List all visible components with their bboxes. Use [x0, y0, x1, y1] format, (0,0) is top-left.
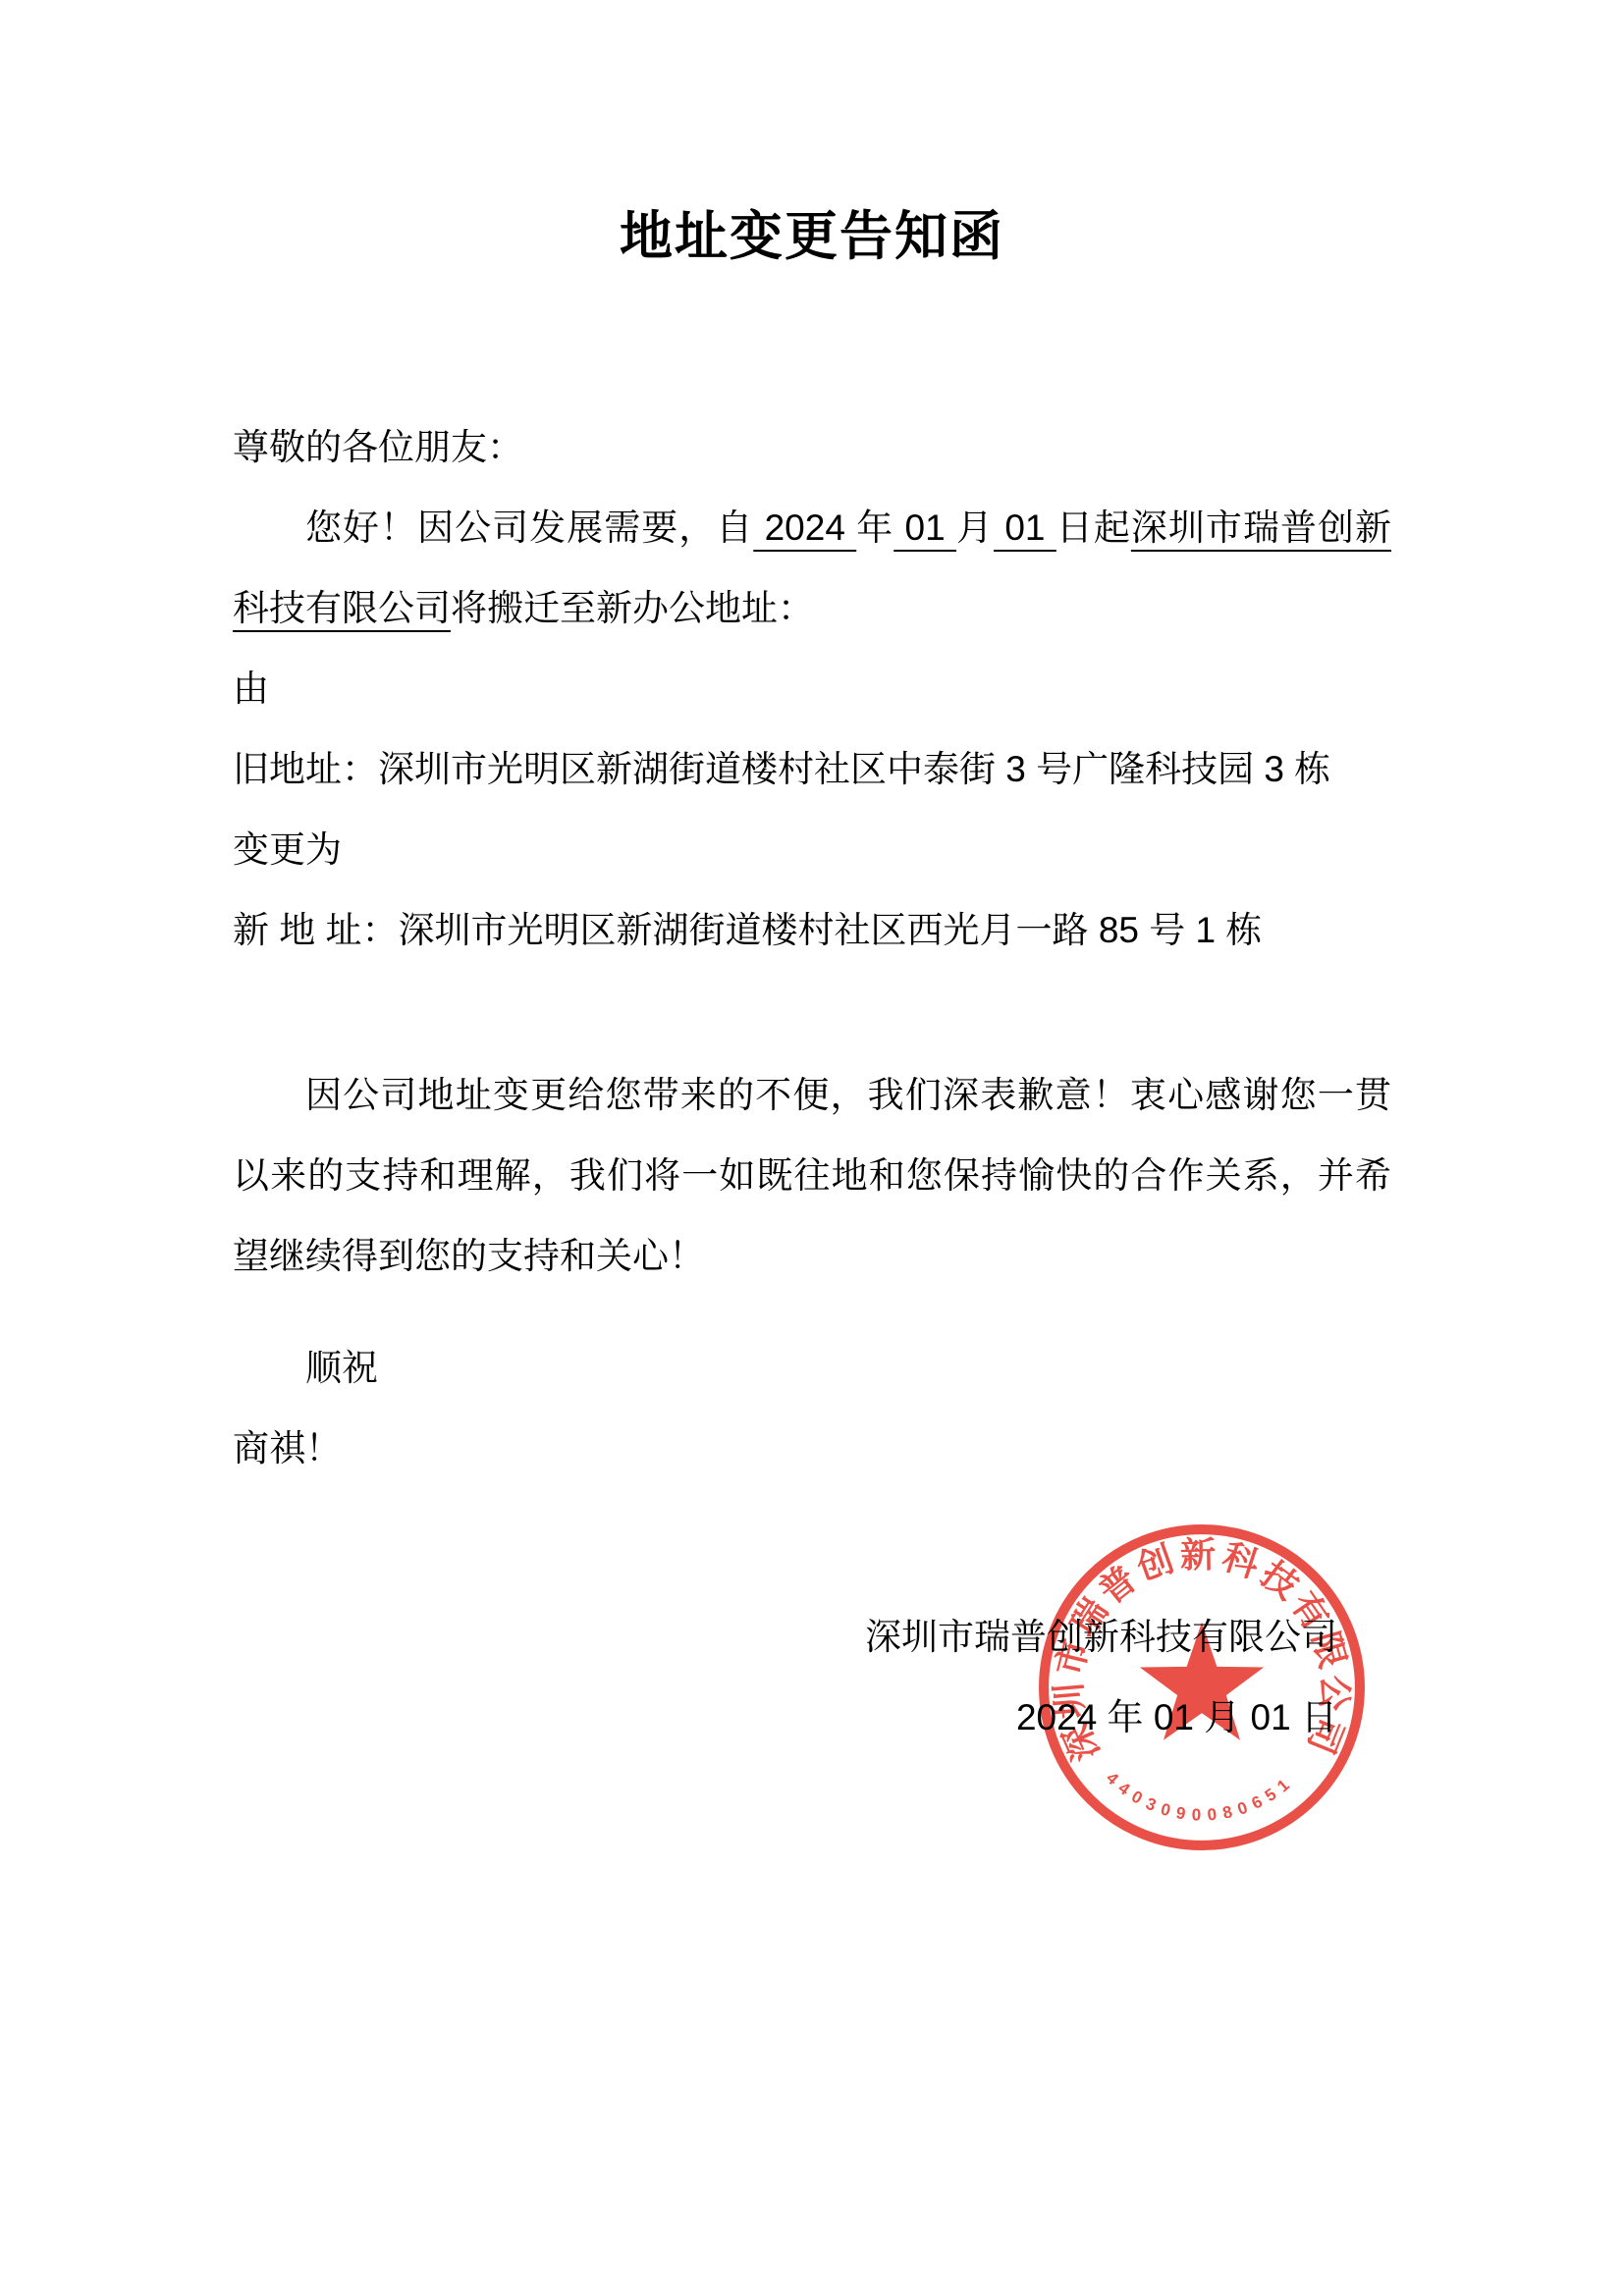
text-run: 您好！因公司发展需要，自 — [305, 507, 753, 548]
signature-company: 深圳市瑞普创新科技有限公司 — [233, 1597, 1337, 1678]
old-address-line: 旧地址：深圳市光明区新湖街道楼村社区中泰街 3 号广隆科技园 3 栋 — [233, 729, 1391, 810]
signature-block: 深圳市瑞普创新科技有限公司 2024 年 01 月 01 日 — [233, 1597, 1391, 1758]
new-address-line: 新 地 址：深圳市光明区新湖街道楼村社区西光月一路 85 号 1 栋 — [233, 890, 1391, 971]
signature-date: 2024 年 01 月 01 日 — [233, 1678, 1337, 1758]
blank-line — [233, 971, 1391, 1055]
document-title: 地址变更告知函 — [0, 0, 1624, 270]
text-run: 年 — [856, 507, 893, 548]
seal-serial-number: 4403090080651 — [1103, 1769, 1298, 1825]
text-run: 将搬迁至新办公地址： — [451, 588, 814, 628]
text-run: 月 — [956, 507, 994, 548]
paragraph-opening: 您好！因公司发展需要，自 2024 年 01 月 01 日起深圳市瑞普创新科技有… — [233, 488, 1391, 649]
from-label: 由 — [233, 649, 1391, 729]
paragraph-apology: 因公司地址变更给您带来的不便，我们深表歉意！衷心感谢您一贯以来的支持和理解，我们… — [233, 1055, 1391, 1297]
wish-prefix: 顺祝 — [233, 1328, 1391, 1409]
salutation: 尊敬的各位朋友： — [233, 407, 1391, 488]
wish-word: 商祺！ — [233, 1409, 1391, 1489]
letter-body: 尊敬的各位朋友： 您好！因公司发展需要，自 2024 年 01 月 01 日起深… — [233, 407, 1391, 1758]
text-run: 01 — [893, 507, 956, 548]
text-run: 日起 — [1056, 507, 1131, 548]
letter-page: 地址变更告知函 尊敬的各位朋友： 您好！因公司发展需要，自 2024 年 01 … — [0, 0, 1624, 2296]
text-run: 01 — [994, 507, 1056, 548]
seal-serial-holder: 4403090080651 — [1103, 1769, 1298, 1825]
text-run: 2024 — [753, 507, 856, 548]
change-to-label: 变更为 — [233, 810, 1391, 890]
